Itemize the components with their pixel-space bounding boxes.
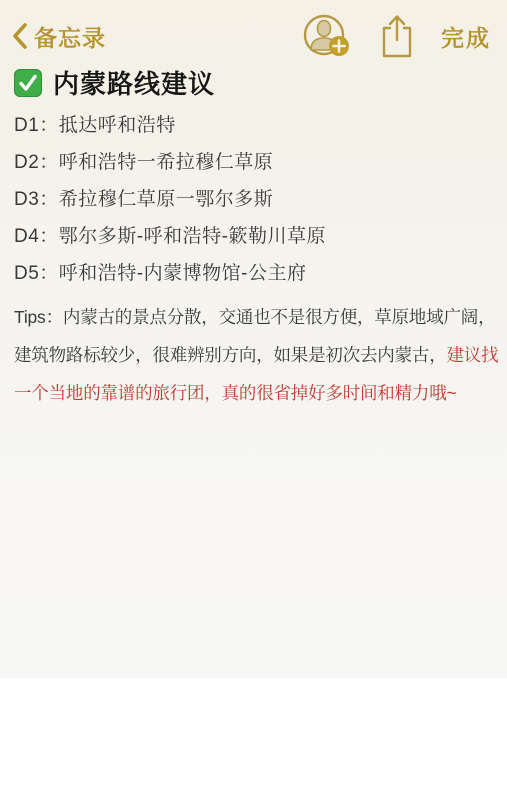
done-button[interactable]: 完成 [441,20,491,53]
nav-actions: 完成 [303,14,491,59]
share-button[interactable] [380,14,414,59]
tips-text-black: 建筑物路标较少，很难辨别方向，如果是初次去内蒙古， [14,345,447,365]
back-button-label: 备忘录 [34,20,106,53]
back-chevron-icon [12,23,27,49]
note-title-row: 内蒙路线建议 [14,64,493,101]
check-mark-emoji-icon [14,69,42,97]
person-add-icon [303,14,353,58]
tips-text-black: Tips：内蒙古的景点分散，交通也不是很方便，草原地域广阔， [14,307,495,327]
notes-app-screen: 备忘录 [0,0,507,800]
day-line-5: D5：呼和浩特-内蒙博物馆-公主府 [14,262,493,286]
tips-line-2: 建筑物路标较少，很难辨别方向，如果是初次去内蒙古，建议找 [14,336,493,374]
add-collaborator-button[interactable] [303,14,353,58]
tips-line-3: 一个当地的靠谱的旅行团，真的很省掉好多时间和精力哦~ [14,374,493,412]
day-line-2: D2：呼和浩特一希拉穆仁草原 [14,151,493,175]
note-paper: 备忘录 [0,0,507,678]
note-content[interactable]: 内蒙路线建议 D1：抵达呼和浩特 D2：呼和浩特一希拉穆仁草原 D3：希拉穆仁草… [0,64,507,412]
tips-paragraph: Tips：内蒙古的景点分散，交通也不是很方便，草原地域广阔， 建筑物路标较少，很… [14,298,493,412]
back-button[interactable]: 备忘录 [12,20,106,53]
day-line-3: D3：希拉穆仁草原一鄂尔多斯 [14,188,493,212]
tips-line-1: Tips：内蒙古的景点分散，交通也不是很方便，草原地域广阔， [14,298,493,336]
tips-text-red: 建议找 [447,345,499,365]
day-line-4: D4：鄂尔多斯-呼和浩特-簌勒川草原 [14,225,493,249]
day-line-1: D1：抵达呼和浩特 [14,114,493,138]
nav-bar: 备忘录 [0,0,507,56]
note-title: 内蒙路线建议 [53,64,215,101]
share-icon [380,14,414,59]
tips-text-red: 一个当地的靠谱的旅行团，真的很省掉好多时间和精力哦~ [14,383,457,403]
